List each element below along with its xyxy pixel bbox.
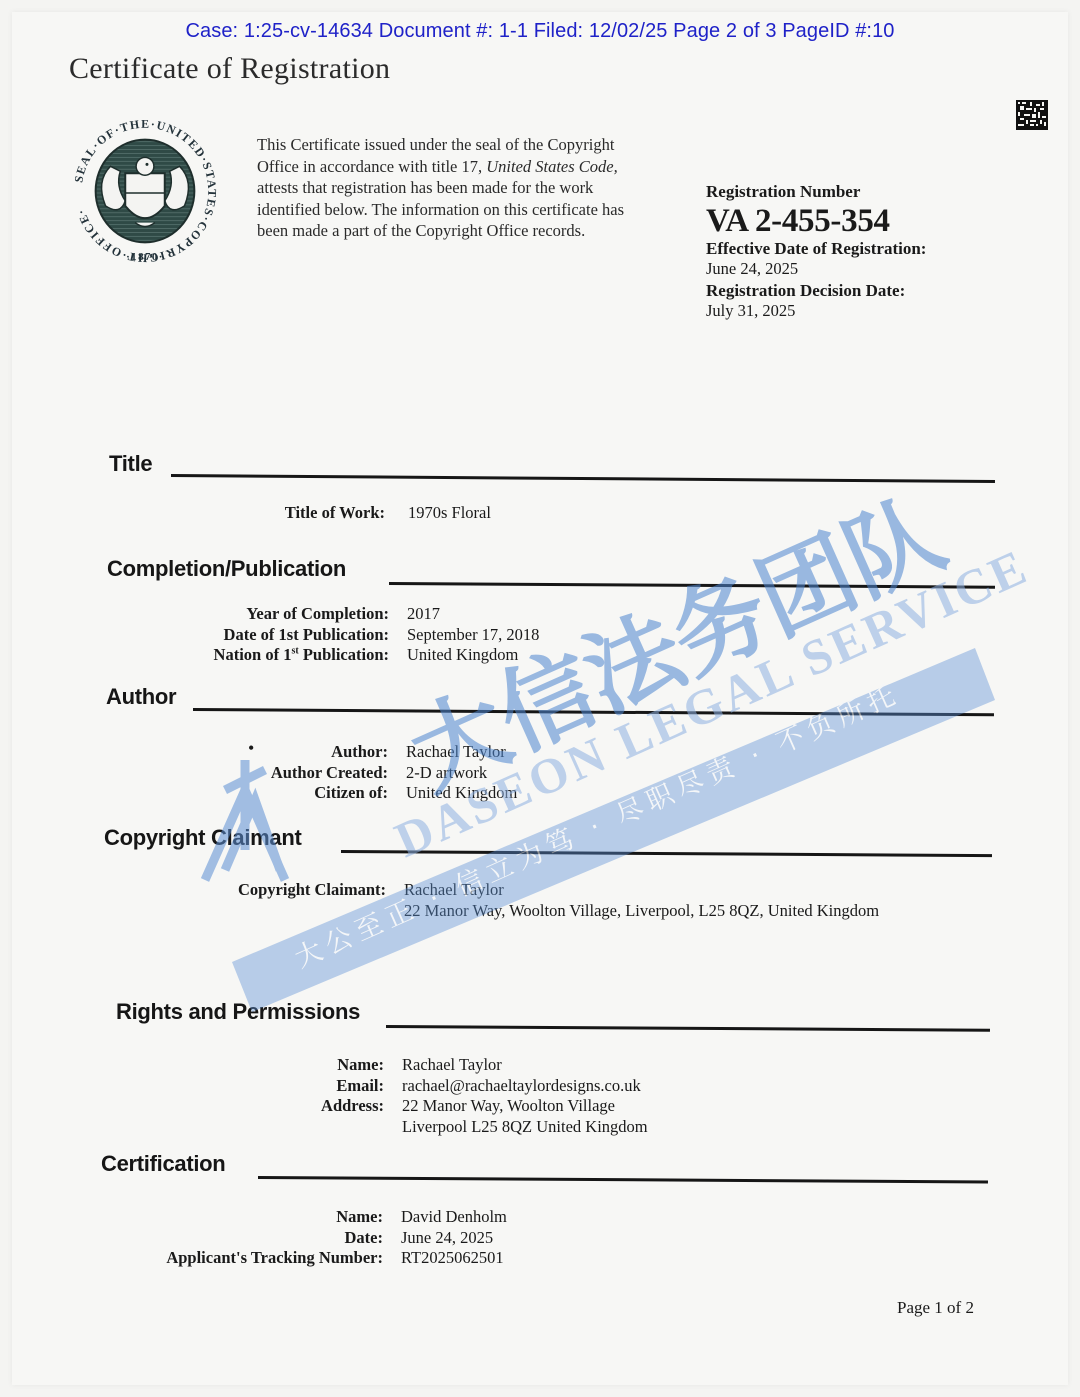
author-fields: • Author: Rachael Taylor Author Created:…	[190, 742, 517, 804]
field-value: RT2025062501	[383, 1248, 504, 1269]
field-row: Email: rachael@rachaeltaylordesigns.co.u…	[190, 1076, 648, 1097]
certification-fields: Name: David Denholm Date: June 24, 2025 …	[100, 1207, 507, 1269]
field-label: Nation of 1st Publication:	[190, 645, 389, 666]
completion-fields: Year of Completion: 2017 Date of 1st Pub…	[190, 604, 539, 666]
field-row: Address: 22 Manor Way, Woolton Village	[190, 1096, 648, 1117]
title-fields: Title of Work: 1970s Floral	[200, 503, 491, 524]
case-header: Case: 1:25-cv-14634 Document #: 1-1 File…	[0, 20, 1080, 43]
rights-fields: Name: Rachael Taylor Email: rachael@rach…	[190, 1055, 648, 1137]
field-value: 2017	[389, 604, 440, 625]
field-label: Author Created:	[190, 763, 388, 784]
certificate-intro: This Certificate issued under the seal o…	[257, 134, 657, 242]
field-row: Nation of 1st Publication: United Kingdo…	[190, 645, 539, 666]
registration-number-label: Registration Number	[706, 182, 926, 202]
field-label: Date:	[100, 1228, 383, 1249]
field-value: Rachael Taylor	[386, 880, 504, 901]
effective-date: June 24, 2025	[706, 259, 926, 279]
field-label: Title of Work:	[200, 503, 385, 524]
field-label: Author:	[190, 742, 388, 763]
field-label: Address:	[190, 1096, 384, 1117]
field-value: 2-D artwork	[388, 763, 487, 784]
effective-date-label: Effective Date of Registration:	[706, 239, 926, 259]
field-row: Name: Rachael Taylor	[190, 1055, 648, 1076]
field-row: Date: June 24, 2025	[100, 1228, 507, 1249]
registration-info: Registration Number VA 2-455-354 Effecti…	[706, 182, 926, 321]
field-value: United Kingdom	[388, 783, 517, 804]
registration-number: VA 2-455-354	[706, 203, 926, 239]
field-value: September 17, 2018	[389, 625, 539, 646]
field-row: Copyright Claimant: Rachael Taylor	[190, 880, 879, 901]
us-copyright-office-seal-icon: SEAL·OF·THE·UNITED·STATES·COPYRIGHT·OFFI…	[66, 112, 224, 270]
field-row: Citizen of: United Kingdom	[190, 783, 517, 804]
field-value: June 24, 2025	[383, 1228, 493, 1249]
field-label	[190, 901, 386, 922]
section-heading-claimant: Copyright Claimant	[104, 825, 302, 851]
certificate-title: Certificate of Registration	[69, 52, 390, 86]
field-label: Year of Completion:	[190, 604, 389, 625]
field-label: Applicant's Tracking Number:	[100, 1248, 383, 1269]
field-value: 22 Manor Way, Woolton Village	[384, 1096, 615, 1117]
field-label: Citizen of:	[190, 783, 388, 804]
field-label: Date of 1st Publication:	[190, 625, 389, 646]
field-label: Email:	[190, 1076, 384, 1097]
section-heading-completion: Completion/Publication	[107, 556, 346, 582]
field-row: Author Created: 2-D artwork	[190, 763, 517, 784]
claimant-fields: Copyright Claimant: Rachael Taylor 22 Ma…	[190, 880, 879, 921]
field-label	[190, 1117, 384, 1138]
field-row: Applicant's Tracking Number: RT202506250…	[100, 1248, 507, 1269]
decision-date: July 31, 2025	[706, 301, 926, 321]
field-row: Year of Completion: 2017	[190, 604, 539, 625]
field-row: Date of 1st Publication: September 17, 2…	[190, 625, 539, 646]
field-value: Rachael Taylor	[384, 1055, 502, 1076]
field-row: Name: David Denholm	[100, 1207, 507, 1228]
page-number: Page 1 of 2	[897, 1298, 974, 1318]
field-row: Liverpool L25 8QZ United Kingdom	[190, 1117, 648, 1138]
field-label: Copyright Claimant:	[190, 880, 386, 901]
field-row: 22 Manor Way, Woolton Village, Liverpool…	[190, 901, 879, 922]
bullet-icon: •	[248, 738, 254, 759]
field-value: United Kingdom	[389, 645, 518, 666]
field-value: Liverpool L25 8QZ United Kingdom	[384, 1117, 648, 1138]
field-value: Rachael Taylor	[388, 742, 506, 763]
field-label: Name:	[190, 1055, 384, 1076]
field-value: 22 Manor Way, Woolton Village, Liverpool…	[386, 901, 879, 922]
email-value: rachael@rachaeltaylordesigns.co.uk	[384, 1076, 641, 1097]
field-value: David Denholm	[383, 1207, 507, 1228]
field-label: Name:	[100, 1207, 383, 1228]
field-row: Title of Work: 1970s Floral	[200, 503, 491, 524]
decision-date-label: Registration Decision Date:	[706, 281, 926, 301]
section-heading-title: Title	[109, 451, 152, 477]
section-heading-certification: Certification	[101, 1151, 225, 1177]
field-row: Author: Rachael Taylor	[190, 742, 517, 763]
section-heading-rights: Rights and Permissions	[116, 999, 360, 1025]
field-value: 1970s Floral	[385, 503, 491, 524]
datamatrix-barcode-icon	[1016, 100, 1048, 130]
section-heading-author: Author	[106, 684, 176, 710]
svg-text:·1870·: ·1870·	[126, 251, 164, 263]
